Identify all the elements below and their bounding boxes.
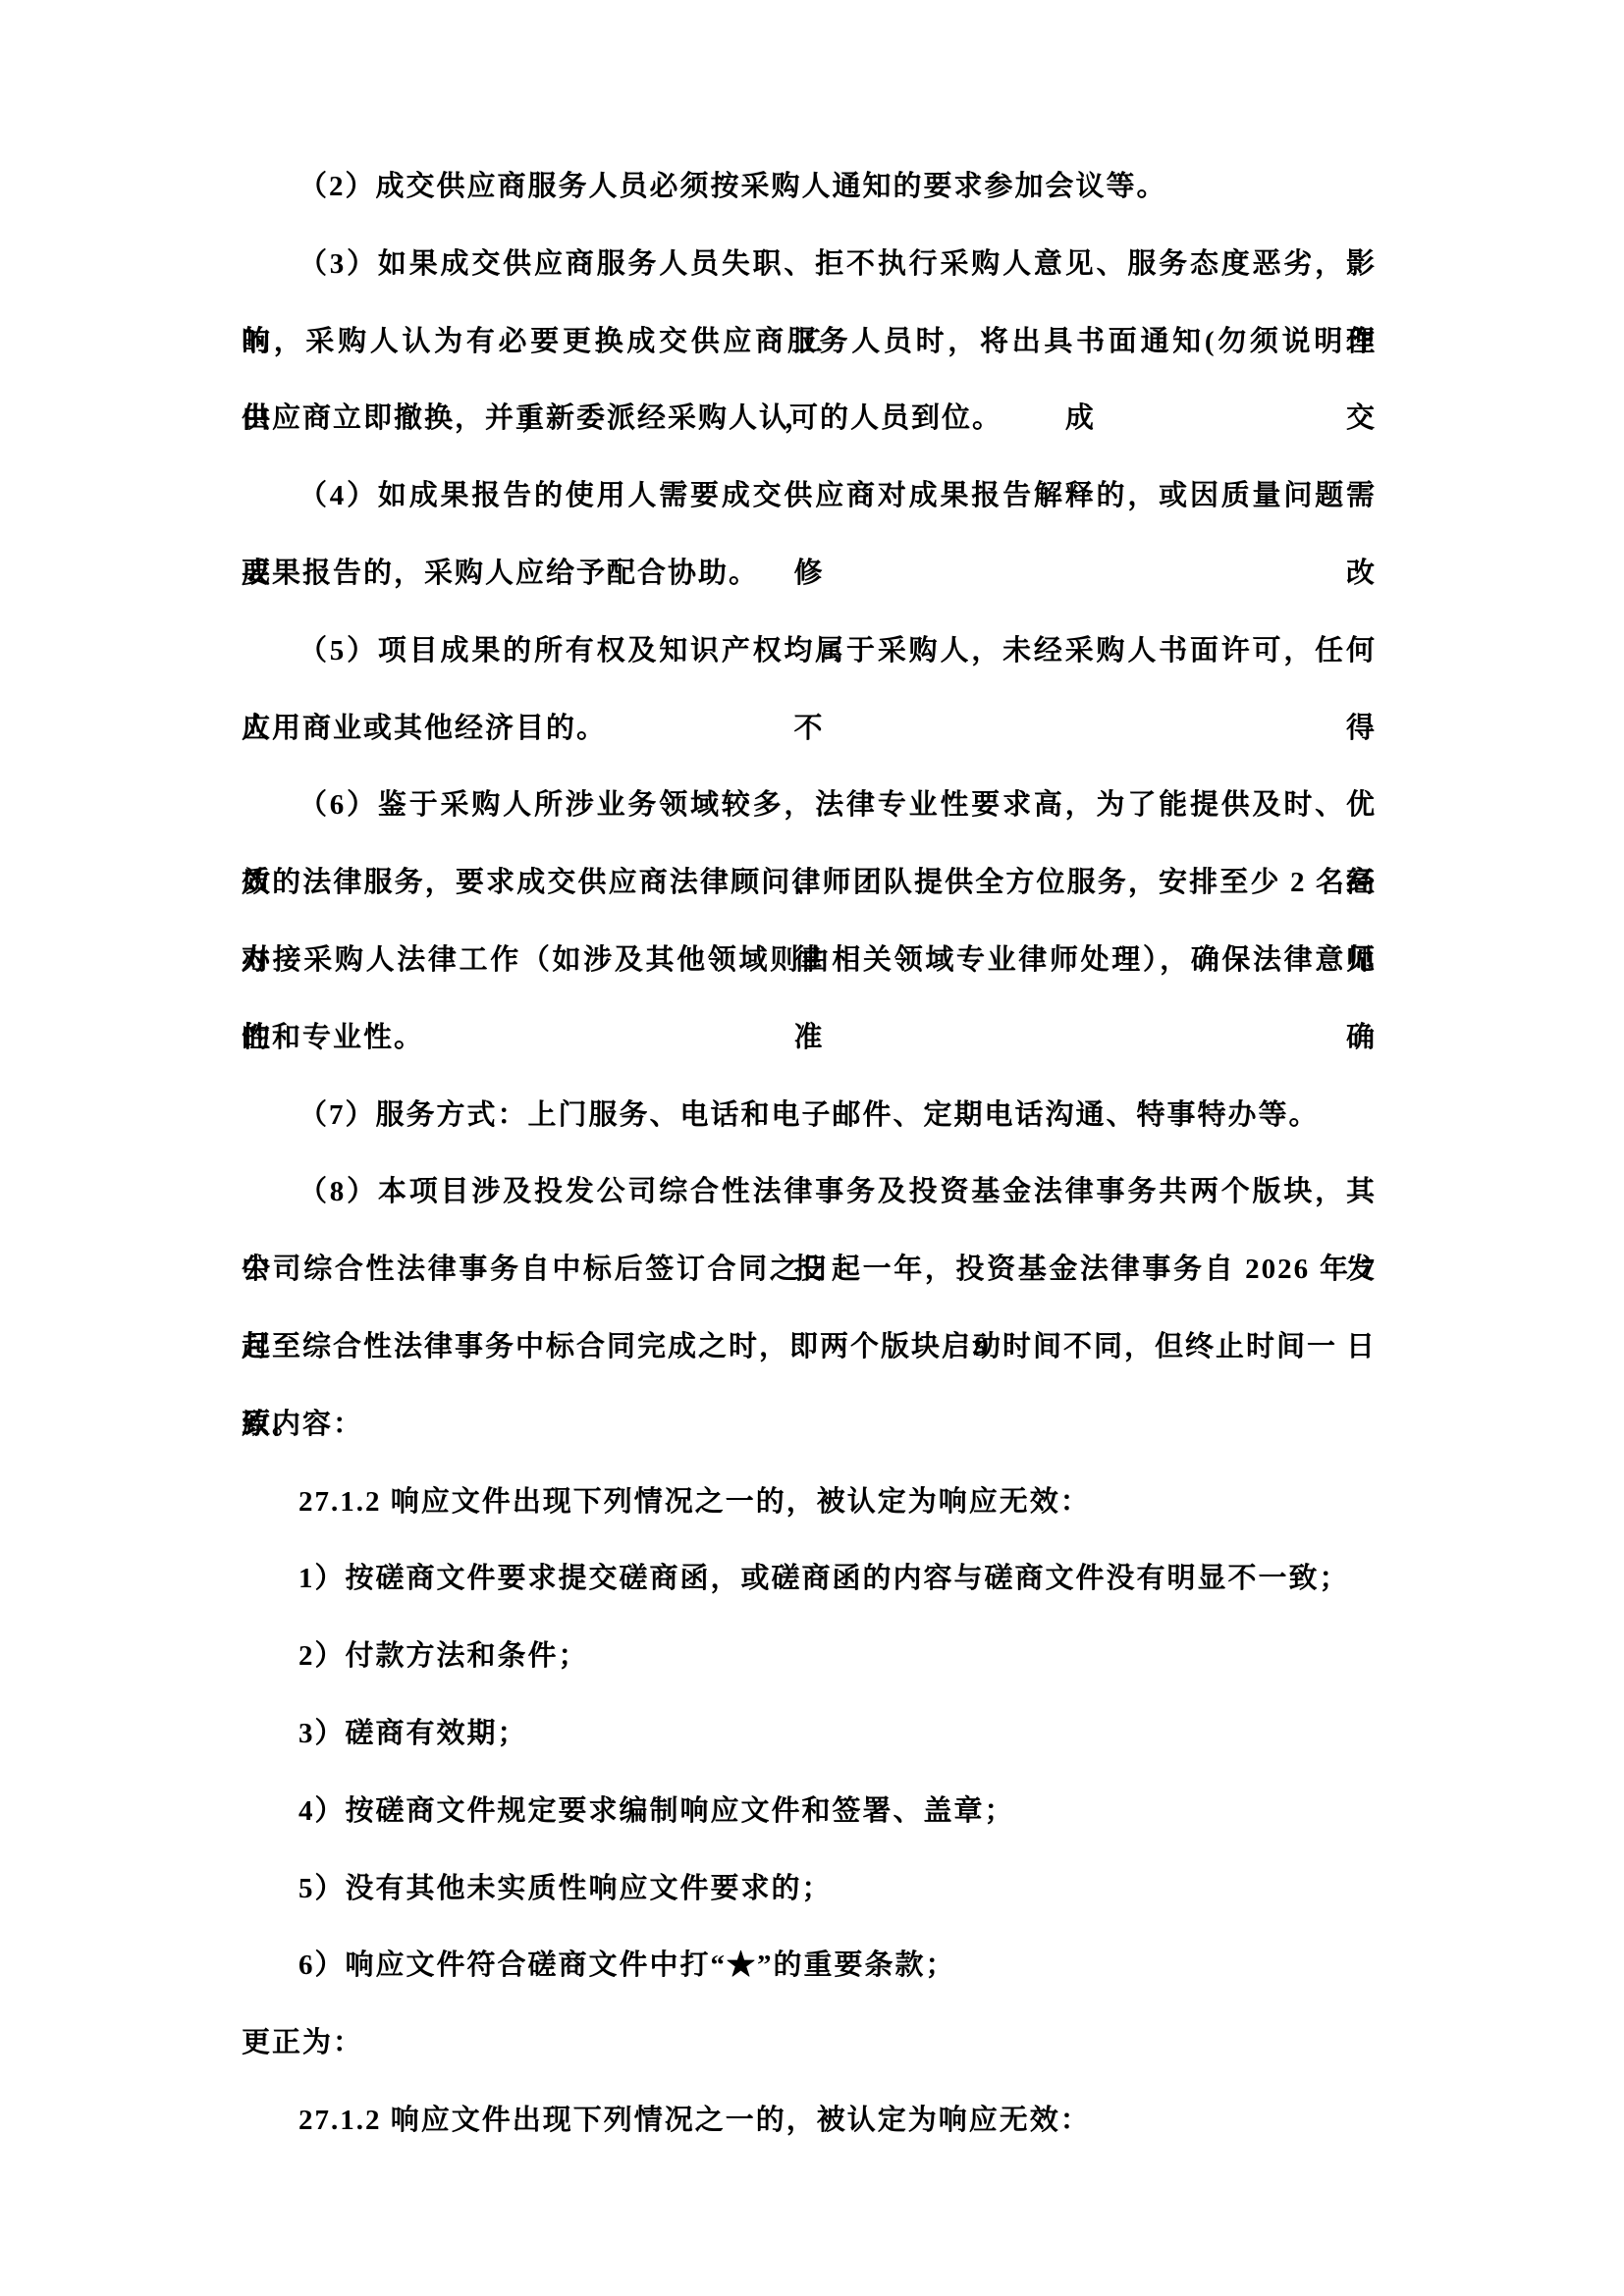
text-line: 27.1.2 响应文件出现下列情况之一的，被认定为响应无效： — [242, 2082, 1377, 2160]
text-line: 对接采购人法律工作（如涉及其他领域则由相关领域专业律师处理），确保法律意见的准确 — [242, 922, 1377, 999]
document-page: （2）成交供应商服务人员必须按采购人通知的要求参加会议等。（3）如果成交供应商服… — [0, 0, 1624, 2296]
text-line: 的，采购人认为有必要更换成交供应商服务人员时，将出具书面通知(勿须说明理由)，成… — [242, 303, 1377, 381]
text-line: （7）服务方式：上门服务、电话和电子邮件、定期电话沟通、特事特办等。 — [242, 1077, 1377, 1154]
text-line: 效的法律服务，要求成交供应商法律顾问律师团队提供全方位服务，安排至少 2 名经办… — [242, 844, 1377, 922]
text-line: （2）成交供应商服务人员必须按采购人通知的要求参加会议等。 — [242, 148, 1377, 226]
text-line: （5）项目成果的所有权及知识产权均属于采购人，未经采购人书面许可，任何人不得 — [242, 613, 1377, 690]
document-text-block: （2）成交供应商服务人员必须按采购人通知的要求参加会议等。（3）如果成交供应商服… — [242, 148, 1377, 2160]
text-line: （3）如果成交供应商服务人员失职、拒不执行采购人意见、服务态度恶劣，影响工作 — [242, 226, 1377, 303]
text-line: （6）鉴于采购人所涉业务领域较多，法律专业性要求高，为了能提供及时、优质、高 — [242, 767, 1377, 844]
text-line: 原内容： — [242, 1386, 1377, 1464]
text-line: 6）响应文件符合磋商文件中打“★”的重要条款； — [242, 1927, 1377, 2004]
text-line: 27.1.2 响应文件出现下列情况之一的，被认定为响应无效： — [242, 1464, 1377, 1541]
text-line: 5）没有其他未实质性响应文件要求的； — [242, 1850, 1377, 1928]
text-line: （8）本项目涉及投发公司综合性法律事务及投资基金法律事务共两个版块，其中投发 — [242, 1153, 1377, 1231]
text-line: 1）按磋商文件要求提交磋商函，或磋商函的内容与磋商文件没有明显不一致； — [242, 1540, 1377, 1618]
text-line: 2）付款方法和条件； — [242, 1618, 1377, 1695]
text-line: 更正为： — [242, 2004, 1377, 2082]
text-line: （4）如成果报告的使用人需要成交供应商对成果报告解释的，或因质量问题需要修改 — [242, 457, 1377, 535]
text-line: 公司综合性法律事务自中标后签订合同之日起一年，投资基金法律事务自 2026 年 … — [242, 1231, 1377, 1308]
text-line: 4）按磋商文件规定要求编制响应文件和签署、盖章； — [242, 1773, 1377, 1850]
text-line: 起至综合性法律事务中标合同完成之时，即两个版块启动时间不同，但终止时间一致。 — [242, 1308, 1377, 1386]
text-line: 3）磋商有效期； — [242, 1695, 1377, 1773]
